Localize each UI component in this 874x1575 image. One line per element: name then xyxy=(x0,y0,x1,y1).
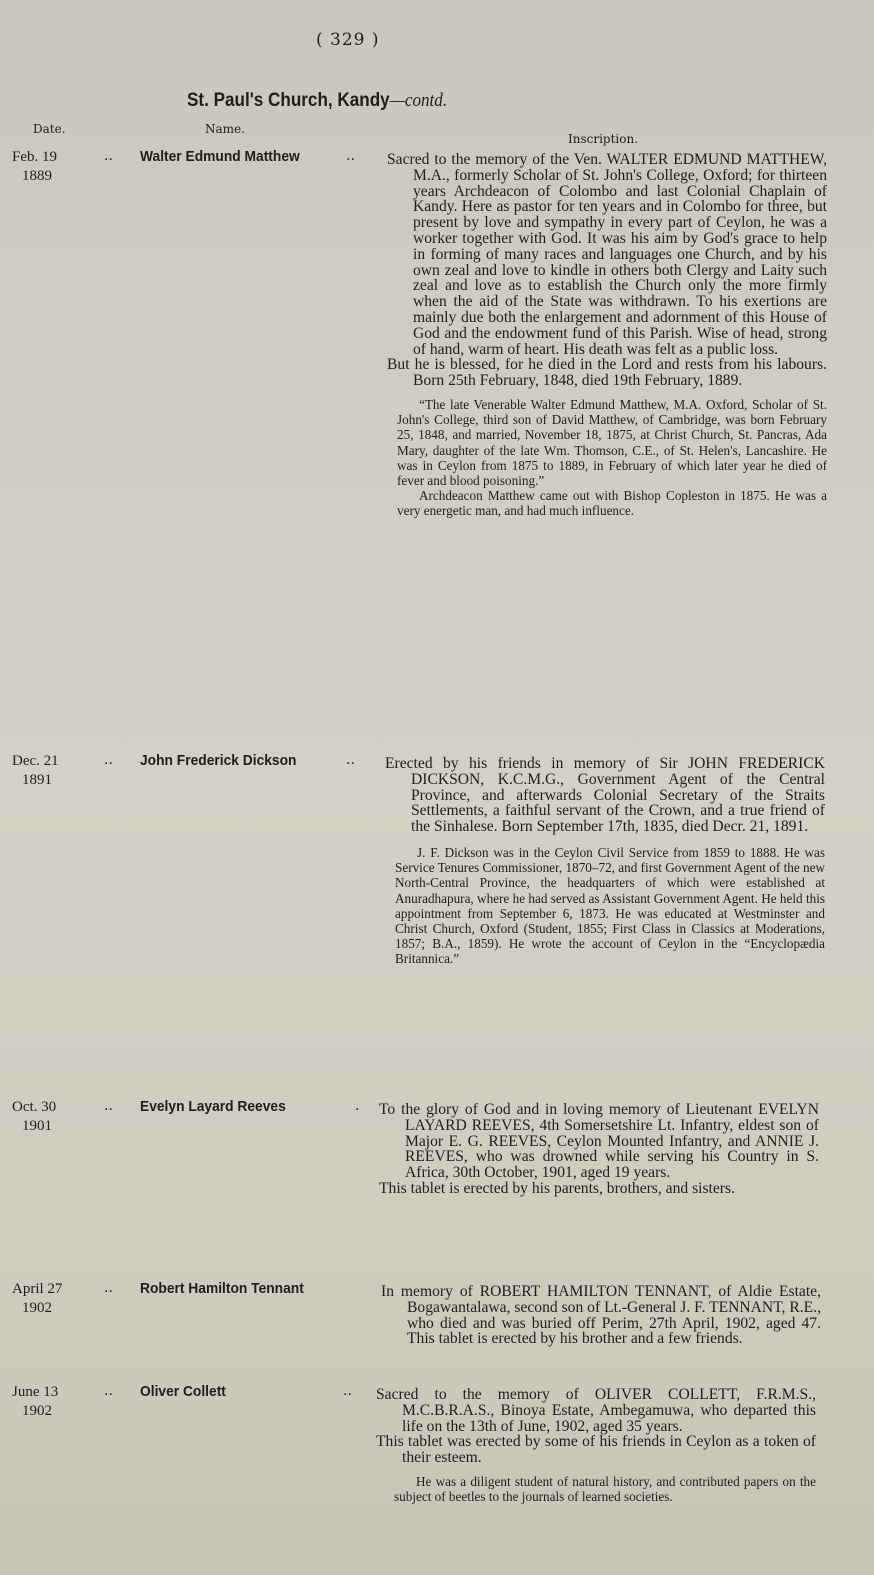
entry-note: He was a diligent student of natural his… xyxy=(394,1474,816,1504)
entry-name: John Frederick Dickson xyxy=(140,752,296,769)
title-suffix: —contd. xyxy=(390,90,447,111)
leader-dots: .. xyxy=(343,1383,352,1399)
entry-date: Dec. 211891 xyxy=(12,752,82,790)
leader-dots: .. xyxy=(104,752,113,768)
leader-dots: .. xyxy=(104,1383,113,1399)
page-number: ( 329 ) xyxy=(316,30,380,50)
entry-inscription: Erected by his friends in memory of Sir … xyxy=(385,756,825,967)
entry-inscription: In memory of ROBERT HAMILTON TENNANT, of… xyxy=(381,1284,821,1347)
column-header-date: Date. xyxy=(33,122,66,136)
entry-inscription: To the glory of God and in loving memory… xyxy=(379,1102,819,1197)
entry-date: April 271902 xyxy=(12,1280,82,1318)
leader-dots: .. xyxy=(104,148,113,164)
entry-inscription: Sacred to the memory of OLIVER COLLETT, … xyxy=(376,1387,816,1504)
entry-date: Feb. 191889 xyxy=(12,148,82,186)
entry-name: Walter Edmund Matthew xyxy=(140,148,300,165)
inscription-paragraph: Erected by his friends in memory of Sir … xyxy=(385,756,825,835)
inscription-paragraph: But he is blessed, for he died in the Lo… xyxy=(387,357,827,389)
leader-dots: . xyxy=(355,1098,359,1114)
leader-dots: .. xyxy=(346,752,355,768)
entry-inscription: Sacred to the memory of the Ven. WALTER … xyxy=(387,152,827,519)
document-page: ( 329 ) St. Paul's Church, Kandy—contd. … xyxy=(0,0,874,1575)
leader-dots: .. xyxy=(104,1098,113,1114)
column-header-name: Name. xyxy=(205,122,245,136)
inscription-paragraph: To the glory of God and in loving memory… xyxy=(379,1102,819,1181)
entry-date: June 131902 xyxy=(12,1383,82,1421)
column-header-inscription: Inscription. xyxy=(568,132,638,146)
inscription-paragraph: This tablet is erected by his parents, b… xyxy=(379,1181,819,1197)
leader-dots: .. xyxy=(104,1280,113,1296)
entry-name: Evelyn Layard Reeves xyxy=(140,1098,286,1115)
inscription-paragraph: This tablet was erected by some of his f… xyxy=(376,1434,816,1466)
entry-date: Oct. 301901 xyxy=(12,1098,82,1136)
title-text: St. Paul's Church, Kandy xyxy=(187,90,390,111)
entry-name: Robert Hamilton Tennant xyxy=(140,1280,304,1297)
entry-name: Oliver Collett xyxy=(140,1383,226,1400)
entry-note: J. F. Dickson was in the Ceylon Civil Se… xyxy=(395,845,825,967)
leader-dots: .. xyxy=(346,148,355,164)
entry-note: “The late Venerable Walter Edmund Matthe… xyxy=(397,397,827,519)
page-title: St. Paul's Church, Kandy—contd. xyxy=(187,90,447,112)
inscription-paragraph: Sacred to the memory of OLIVER COLLETT, … xyxy=(376,1387,816,1434)
inscription-paragraph: Sacred to the memory of the Ven. WALTER … xyxy=(387,152,827,357)
inscription-paragraph: In memory of ROBERT HAMILTON TENNANT, of… xyxy=(381,1284,821,1347)
